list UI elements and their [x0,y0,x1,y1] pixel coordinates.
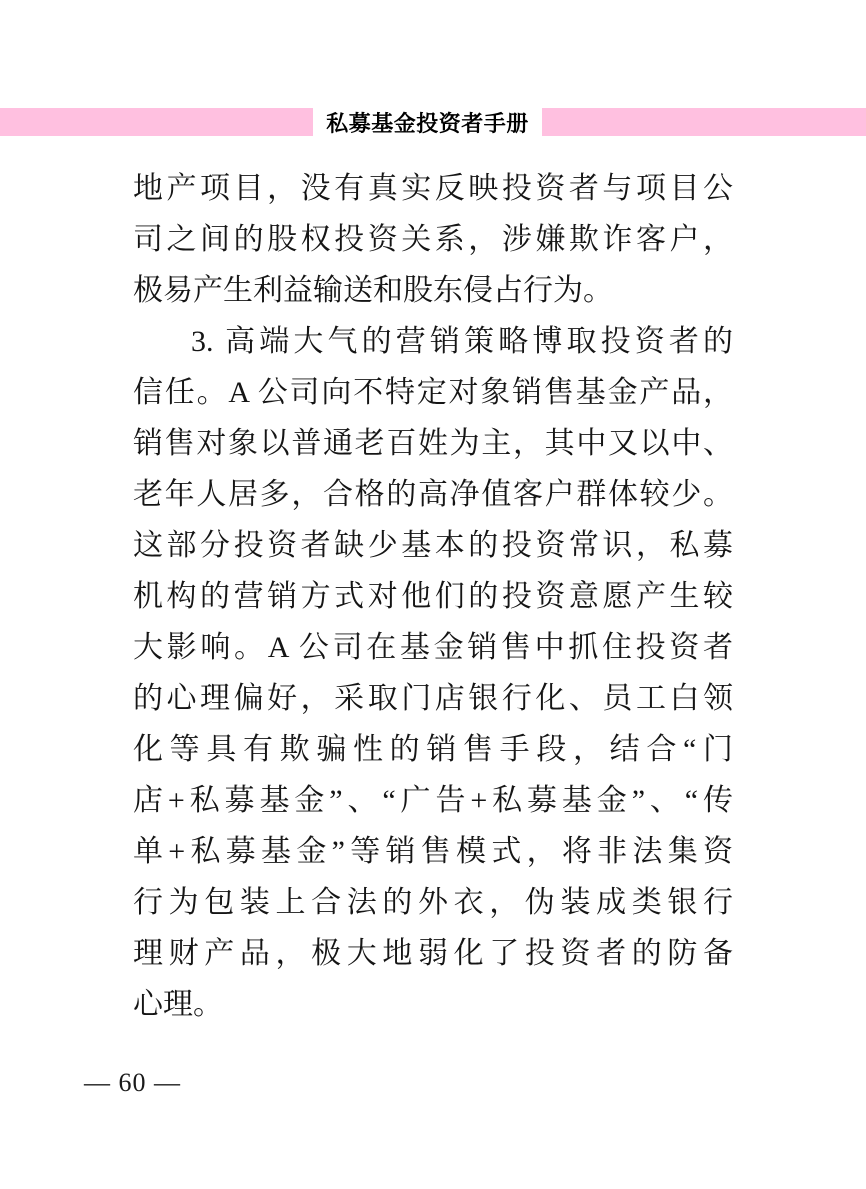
text-line: 心理。 [133,979,733,1030]
text-line: 的心理偏好，采取门店银行化、员工白领 [133,673,733,724]
body-text: 地产项目，没有真实反映投资者与项目公司之间的股权投资关系，涉嫌欺诈客户，极易产生… [133,163,733,1030]
text-line: 销售对象以普通老百姓为主，其中又以中、 [133,418,733,469]
header-band: 私募基金投资者手册 [0,108,866,136]
text-line: 极易产生利益输送和股东侵占行为。 [133,265,733,316]
text-line: 单+私募基金”等销售模式，将非法集资 [133,826,733,877]
text-line: 地产项目，没有真实反映投资者与项目公 [133,163,733,214]
text-line: 店+私募基金”、“广告+私募基金”、“传 [133,775,733,826]
text-line: 大影响。A 公司在基金销售中抓住投资者 [133,622,733,673]
text-line: 司之间的股权投资关系，涉嫌欺诈客户， [133,214,733,265]
text-line: 机构的营销方式对他们的投资意愿产生较 [133,571,733,622]
text-line: 理财产品，极大地弱化了投资者的防备 [133,928,733,979]
page-number: — 60 — [84,1068,181,1098]
text-line: 行为包装上合法的外衣，伪装成类银行 [133,877,733,928]
book-page: 私募基金投资者手册 地产项目，没有真实反映投资者与项目公司之间的股权投资关系，涉… [0,0,866,1189]
text-line: 这部分投资者缺少基本的投资常识，私募 [133,520,733,571]
text-line: 信任。A 公司向不特定对象销售基金产品， [133,367,733,418]
text-line: 老年人居多，合格的高净值客户群体较少。 [133,469,733,520]
header-title-area: 私募基金投资者手册 [313,108,542,136]
page-header-title: 私募基金投资者手册 [326,107,529,138]
text-line: 化等具有欺骗性的销售手段，结合“门 [133,724,733,775]
text-line: 3. 高端大气的营销策略博取投资者的 [133,316,733,367]
